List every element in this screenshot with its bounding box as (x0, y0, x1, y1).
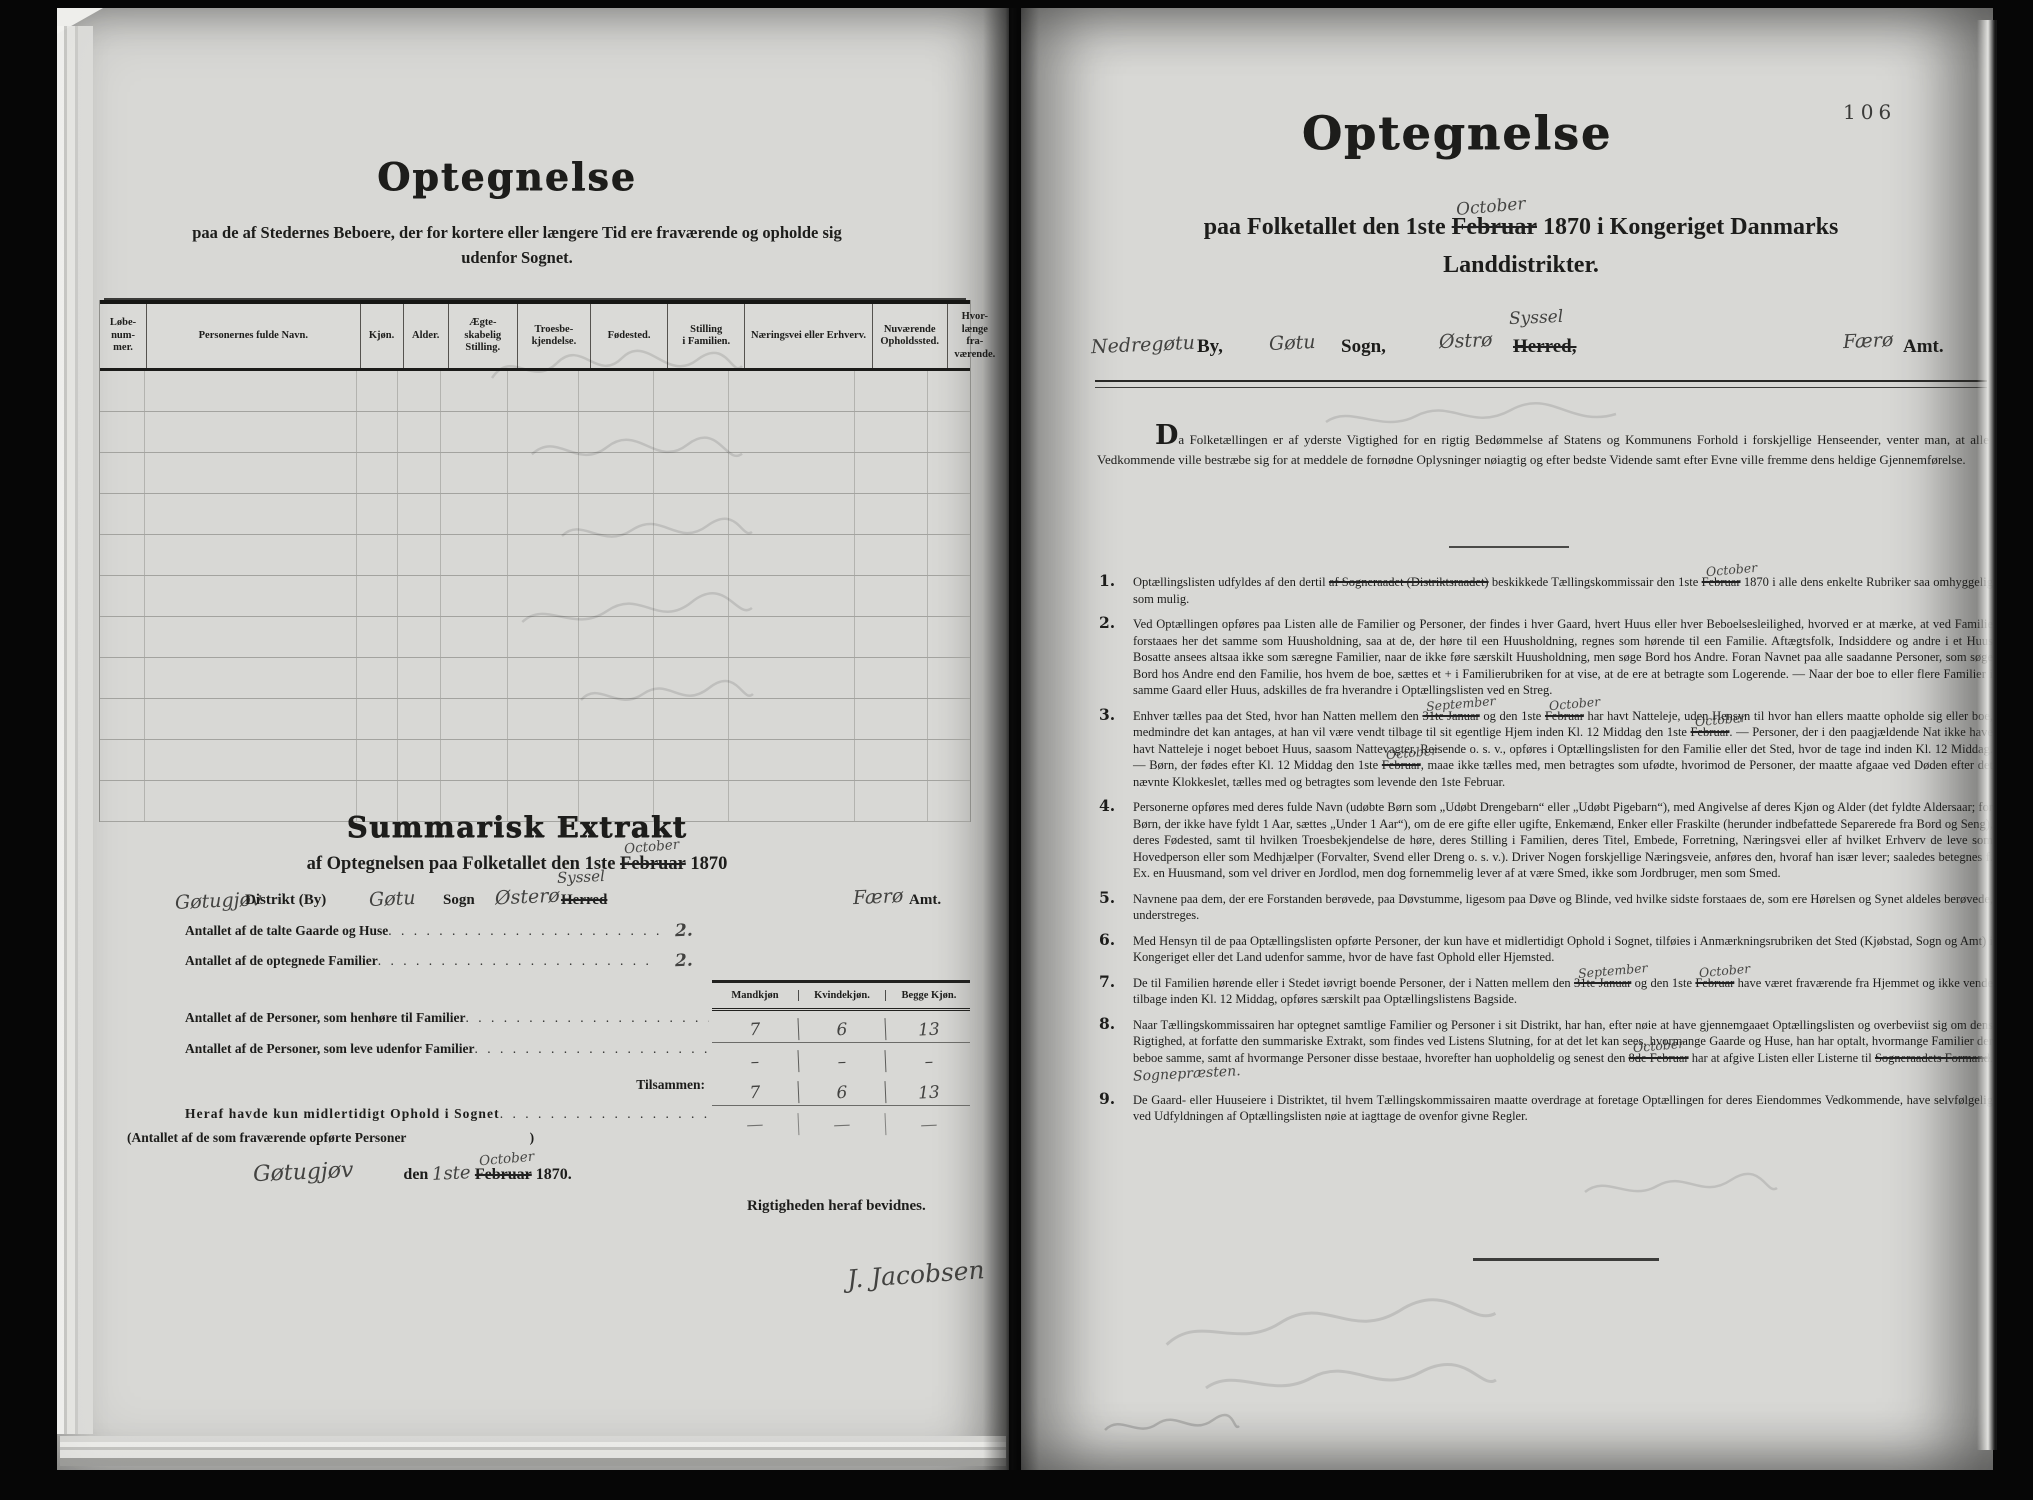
item-text: De til Familien hørende eller i Stedet i… (1133, 976, 1574, 990)
table-cell (357, 740, 398, 780)
table-cell (398, 412, 441, 452)
item-text: og den 1ste (1480, 709, 1545, 723)
page-number: 106 (1843, 100, 1896, 124)
item-number: 8. (1099, 1016, 1115, 1033)
table-cell (729, 658, 854, 698)
table-cell (654, 576, 729, 616)
handwritten-count: 2. (661, 918, 746, 942)
left-page: Optegnelse paa de af Stedernes Beboere, … (57, 8, 1009, 1470)
absent-note-close: ) (530, 1130, 535, 1145)
corrected-text: 31te JanuarSeptember (1574, 975, 1631, 992)
table-cell (928, 576, 980, 616)
table-cell (100, 781, 145, 821)
table-cell (398, 535, 441, 575)
date-year: 1870. (536, 1166, 572, 1183)
column-header: Stilling i Familien. (668, 304, 745, 368)
page-stack-edge-bottom-right (1028, 1446, 1980, 1468)
table-cell (441, 453, 508, 493)
table-cell (729, 412, 854, 452)
persons-in-families-line: Antallet af de Personer, som henhøre til… (185, 1010, 709, 1026)
table-cell (508, 740, 579, 780)
handwritten-value: 13 (886, 1018, 973, 1044)
sogn-label: Sogn, (1341, 336, 1386, 358)
table-cell (928, 658, 980, 698)
census-table-body (100, 371, 970, 822)
table-cell (729, 617, 854, 657)
table-cell (145, 453, 356, 493)
handwritten-value: 7 (712, 1081, 800, 1107)
table-cell (145, 494, 356, 534)
table-cell (357, 576, 398, 616)
corrected-text: FebruarOctober (1702, 574, 1741, 591)
struck-text: af Sogneraadet (Distriktsraadet) (1329, 575, 1489, 589)
census-table-header: Løbe- num- mer.Personernes fulde Navn.Kj… (100, 300, 970, 371)
table-row (100, 453, 970, 494)
corrected-text: 31te JanuarSeptember (1422, 708, 1479, 725)
handwritten-place: Gøtugjøv (253, 1158, 354, 1187)
column-header: Personernes fulde Navn. (147, 304, 360, 368)
instruction-item: 5.Navnene paa dem, der ere Forstanden be… (1099, 891, 1993, 924)
table-cell (398, 371, 441, 411)
dot-leader (465, 1010, 709, 1026)
item-text: og den 1ste (1631, 976, 1695, 990)
corrected-text: FebruarOctober (1695, 975, 1734, 992)
table-cell (654, 535, 729, 575)
row-label: Heraf havde kun midlertidigt Ophold i So… (185, 1106, 500, 1122)
table-cell (855, 371, 928, 411)
table-cell (441, 658, 508, 698)
table-cell (855, 412, 928, 452)
handwritten-value: – (712, 1050, 800, 1076)
item-text: har at afgive Listen eller Listerne til (1689, 1051, 1875, 1065)
table-cell (928, 740, 980, 780)
right-page-subtitle: paa Folketallet den 1ste FebruarOctober … (1081, 208, 1961, 284)
table-cell (145, 740, 356, 780)
table-cell (100, 699, 145, 739)
table-cell (357, 412, 398, 452)
table-cell (100, 494, 145, 534)
table-cell (654, 740, 729, 780)
column-header: Kvindekjøn. (799, 990, 886, 1001)
item-text: Navnene paa dem, der ere Forstanden berø… (1133, 892, 1993, 923)
count-label: Antallet af de optegnede Familier (185, 953, 378, 969)
table-cell (398, 576, 441, 616)
table-row (100, 371, 970, 412)
table-cell (855, 576, 928, 616)
table-cell (855, 740, 928, 780)
table-row (100, 412, 970, 453)
item-number: 5. (1099, 890, 1115, 907)
table-cell (100, 617, 145, 657)
table-cell (145, 412, 356, 452)
amt-label: Amt. (1903, 336, 1944, 358)
table-row (100, 576, 970, 617)
table-cell (100, 658, 145, 698)
corrected-month: FebruarOctober (1452, 208, 1537, 246)
handwritten-value: — (712, 1113, 800, 1139)
handwritten-signature: J. Jacobsen (846, 1255, 985, 1294)
item-text: De Gaard- eller Huuseiere i Distriktet, … (1133, 1093, 1993, 1124)
table-cell (145, 576, 356, 616)
column-header: Alder. (404, 304, 449, 368)
district-label: Distrikt (By) (245, 892, 326, 909)
dot-leader (388, 923, 661, 939)
column-header: Næringsvei eller Erhverv. (745, 304, 872, 368)
table-row (100, 494, 970, 535)
book-scan: Optegnelse paa de af Stedernes Beboere, … (0, 0, 2033, 1500)
table-cell (654, 658, 729, 698)
attestation-line: Rigtigheden heraf bevidnes. (747, 1198, 926, 1215)
item-number: 4. (1099, 798, 1115, 815)
table-cell (579, 535, 654, 575)
instruction-item: 9.De Gaard- eller Huuseiere i Distriktet… (1099, 1092, 1993, 1125)
handwritten-value: 6 (799, 1081, 887, 1107)
table-cell (357, 453, 398, 493)
item-text: Personerne opføres med deres fulde Navn … (1133, 800, 1993, 880)
table-cell (928, 453, 980, 493)
handwritten-by: Nedregøtu (1091, 332, 1196, 359)
corrected-month: FebruarOctober (620, 854, 686, 875)
header-fields-row: Nedregøtu By, Gøtu Sogn, Østrø Syssel He… (1021, 330, 1993, 370)
handwritten-value: – (886, 1050, 973, 1076)
column-header: Hvor- længe fra- værende. (948, 304, 1002, 368)
table-cell (508, 617, 579, 657)
table-row (100, 699, 970, 740)
table-cell (441, 494, 508, 534)
table-cell (398, 699, 441, 739)
table-cell (729, 740, 854, 780)
item-number: 7. (1099, 974, 1115, 991)
handwritten-syssel: Syssel (557, 867, 606, 887)
table-cell (145, 699, 356, 739)
table-cell (579, 658, 654, 698)
dot-leader (500, 1106, 709, 1122)
instruction-item: 7.De til Familien hørende eller i Stedet… (1099, 975, 1993, 1008)
item-text: Enhver tælles paa det Sted, hvor han Nat… (1133, 709, 1422, 723)
dot-leader (474, 1041, 709, 1057)
section-dash (1449, 546, 1569, 548)
handwritten-date: 1ste (432, 1162, 471, 1185)
handwritten-month: October (1454, 185, 1527, 229)
table-cell (729, 371, 854, 411)
temporary-stay-line: Heraf havde kun midlertidigt Ophold i So… (185, 1106, 709, 1122)
table-cell (928, 699, 980, 739)
sogn-label: Sogn (443, 892, 475, 909)
table-cell (579, 699, 654, 739)
amt-label: Amt. (909, 892, 941, 909)
table-cell (654, 494, 729, 534)
table-row (100, 617, 970, 658)
table-cell (729, 494, 854, 534)
instructions-list: 1.Optællingslisten udfyldes af den derti… (1099, 574, 1993, 1134)
corrected-text: FebruarOctober (1691, 724, 1730, 741)
table-cell (398, 453, 441, 493)
by-label: By, (1197, 336, 1223, 358)
table-cell (357, 699, 398, 739)
herred-label-struck: Herred, (1513, 336, 1577, 358)
table-cell (654, 412, 729, 452)
table-cell (654, 699, 729, 739)
summary-subtitle: af Optegnelsen paa Folketallet den 1ste … (167, 854, 867, 875)
census-table: Løbe- num- mer.Personernes fulde Navn.Kj… (99, 300, 971, 822)
handwritten-sogn: Gøtu (1269, 331, 1316, 355)
item-number: 1. (1099, 573, 1115, 590)
struck-text: Sogneraadets Formand (1875, 1050, 1990, 1067)
table-cell (579, 494, 654, 534)
instruction-item: 2.Ved Optællingen opføres paa Listen all… (1099, 616, 1993, 699)
handwritten-amt: Færø (853, 885, 904, 909)
table-cell (855, 494, 928, 534)
handwritten-sogn: Gøtu (369, 887, 416, 911)
table-cell (579, 740, 654, 780)
table-cell (398, 494, 441, 534)
table-cell (398, 740, 441, 780)
subtitle-prefix: paa Folketallet den 1ste (1204, 214, 1452, 240)
table-cell (855, 781, 928, 821)
table-cell (928, 781, 980, 821)
table-cell (100, 535, 145, 575)
column-header: Ægte- skabelig Stilling. (449, 304, 518, 368)
handwritten-value: — (886, 1113, 973, 1139)
table-cell (855, 658, 928, 698)
table-cell (508, 453, 579, 493)
minitable-row: – – – (712, 1043, 970, 1074)
table-cell (441, 740, 508, 780)
divider-rule (1095, 380, 1987, 388)
table-cell (441, 412, 508, 452)
handwritten-note: Sognepræsten. (1133, 1063, 1241, 1085)
corrected-text: 8de FebruarOctober (1629, 1050, 1689, 1067)
table-cell (508, 535, 579, 575)
handwritten-herred: Østerø (495, 885, 561, 910)
table-cell (145, 371, 356, 411)
table-cell (508, 658, 579, 698)
table-cell (100, 576, 145, 616)
subtitle-suffix: 1870 i Kongeriget Danmarks (1537, 214, 1838, 240)
table-cell (441, 535, 508, 575)
struck-text: af Sogneraadet (Distriktsraadet) (1329, 574, 1489, 591)
table-cell (579, 576, 654, 616)
count-line-families: Antallet af de optegnede Familier 2. (185, 950, 745, 970)
struck-text: Sogneraadets Formand (1875, 1051, 1990, 1065)
table-cell (441, 576, 508, 616)
item-text: Optællingslisten udfyldes af den dertil (1133, 575, 1329, 589)
table-cell (928, 617, 980, 657)
instruction-item: 4.Personerne opføres med deres fulde Nav… (1099, 799, 1993, 882)
count-line-houses: Antallet af de talte Gaarde og Huse 2. (185, 920, 745, 940)
handwritten-syssel: Syssel (1509, 307, 1564, 329)
minitable-row: — — — (712, 1106, 970, 1137)
dot-leader (378, 953, 661, 969)
page-stack-edge-left (57, 26, 93, 1434)
table-cell (441, 699, 508, 739)
corrected-month: FebruarOctober (475, 1166, 532, 1184)
right-page-title: Optegnelse (1117, 106, 1797, 160)
column-header: Fødested. (591, 304, 668, 368)
table-cell (145, 617, 356, 657)
place-date-line: Gøtugjøv den 1ste FebruarOctober 1870. (253, 1160, 572, 1185)
subtitle-line2: Landdistrikter. (1443, 252, 1599, 278)
handwritten-value: — (799, 1113, 887, 1139)
column-header: Troesbe- kjendelse. (518, 304, 591, 368)
absent-note-text: (Antallet af de som fraværende opførte P… (127, 1130, 406, 1145)
table-cell (398, 617, 441, 657)
minitable-row-total: 7 6 13 (712, 1074, 970, 1106)
corrected-text: FebruarOctober (1382, 757, 1421, 774)
minitable-row: 7 6 13 (712, 1011, 970, 1043)
column-header: Mandkjøn (712, 990, 799, 1001)
table-cell (729, 453, 854, 493)
item-number: 6. (1099, 932, 1115, 949)
column-header: Løbe- num- mer. (100, 304, 147, 368)
date-word: den (403, 1166, 428, 1183)
item-text: Ved Optællingen opføres paa Listen alle … (1133, 617, 1993, 697)
item-number: 9. (1099, 1091, 1115, 1108)
table-cell (100, 412, 145, 452)
row-label: Antallet af de Personer, som henhøre til… (185, 1010, 465, 1026)
summary-minitable: Mandkjøn Kvindekjøn. Begge Kjøn. 7 6 13 … (712, 980, 970, 1137)
table-row (100, 740, 970, 781)
table-cell (100, 453, 145, 493)
summary-subtitle-suffix: 1870 (686, 854, 728, 874)
instruction-item: 3.Enhver tælles paa det Sted, hvor han N… (1099, 708, 1993, 791)
table-cell (357, 617, 398, 657)
table-cell (928, 412, 980, 452)
page-edge-right (1977, 20, 1997, 1450)
item-text: Med Hensyn til de paa Optællingslisten o… (1133, 934, 1993, 965)
table-cell (928, 535, 980, 575)
table-cell (729, 535, 854, 575)
herred-label-struck: Herred (561, 892, 607, 909)
table-cell (654, 371, 729, 411)
intro-paragraph: Da Folketællingen er af yderste Vigtighe… (1097, 426, 1989, 469)
table-cell (654, 617, 729, 657)
handwritten-amt: Færø (1843, 329, 1894, 353)
table-cell (855, 699, 928, 739)
count-label: Antallet af de talte Gaarde og Huse (185, 923, 388, 939)
instruction-item: 6.Med Hensyn til de paa Optællingslisten… (1099, 933, 1993, 966)
table-cell (357, 658, 398, 698)
handwritten-value: 7 (712, 1018, 800, 1044)
table-cell (145, 658, 356, 698)
column-header: Nuværende Opholdssted. (873, 304, 948, 368)
table-cell (100, 740, 145, 780)
table-cell (855, 453, 928, 493)
instruction-item: 8.Naar Tællingskommissairen har optegnet… (1099, 1017, 1993, 1083)
item-text: beskikkede Tællingskommissair den 1ste (1489, 575, 1702, 589)
table-cell (441, 371, 508, 411)
table-cell (508, 412, 579, 452)
table-row (100, 658, 970, 699)
handwritten-count: 2. (661, 948, 746, 972)
summary-title: Summarisk Extrakt (217, 810, 817, 844)
absent-note: (Antallet af de som fraværende opførte P… (127, 1130, 534, 1146)
table-cell (579, 412, 654, 452)
left-page-subtitle: paa de af Stedernes Beboere, der for kor… (117, 220, 917, 270)
table-cell (508, 699, 579, 739)
table-cell (855, 617, 928, 657)
left-page-title: Optegnelse (207, 154, 807, 199)
table-cell (100, 371, 145, 411)
item-number: 3. (1099, 707, 1115, 724)
table-cell (654, 453, 729, 493)
column-header: Begge Kjøn. (886, 990, 972, 1001)
page-stack-edge-bottom-left (60, 1436, 1006, 1466)
handwritten-herred: Østrø (1439, 329, 1493, 353)
total-label: Tilsammen: (487, 1077, 705, 1093)
table-cell (357, 371, 398, 411)
table-cell (928, 371, 980, 411)
table-cell (508, 576, 579, 616)
handwritten-value: 13 (886, 1081, 973, 1107)
handwritten-value: 6 (799, 1018, 887, 1044)
table-cell (357, 535, 398, 575)
minitable-header: Mandkjøn Kvindekjøn. Begge Kjøn. (712, 980, 970, 1011)
table-cell (579, 453, 654, 493)
summary-fields-row: Gøtugjøv Distrikt (By) Gøtu Sogn Østerø … (57, 888, 1009, 922)
corrected-text: FebruarOctober (1545, 708, 1584, 725)
column-header: Kjøn. (361, 304, 404, 368)
table-cell (729, 576, 854, 616)
handwritten-value: – (799, 1050, 887, 1076)
table-cell (145, 535, 356, 575)
table-cell (398, 658, 441, 698)
table-row (100, 535, 970, 576)
persons-outside-families-line: Antallet af de Personer, som leve udenfo… (185, 1041, 709, 1057)
table-cell (729, 699, 854, 739)
table-cell (928, 494, 980, 534)
table-cell (508, 371, 579, 411)
table-cell (508, 494, 579, 534)
table-cell (357, 494, 398, 534)
table-cell (579, 617, 654, 657)
right-page: 106 Optegnelse paa Folketallet den 1ste … (1021, 8, 1993, 1470)
table-cell (441, 617, 508, 657)
item-number: 2. (1099, 615, 1115, 632)
instruction-item: 1.Optællingslisten udfyldes af den derti… (1099, 574, 1993, 607)
table-cell (579, 371, 654, 411)
row-label: Antallet af de Personer, som leve udenfo… (185, 1041, 474, 1057)
closing-rule (1473, 1258, 1659, 1261)
table-cell (855, 535, 928, 575)
struck-month: Februar (620, 854, 686, 874)
